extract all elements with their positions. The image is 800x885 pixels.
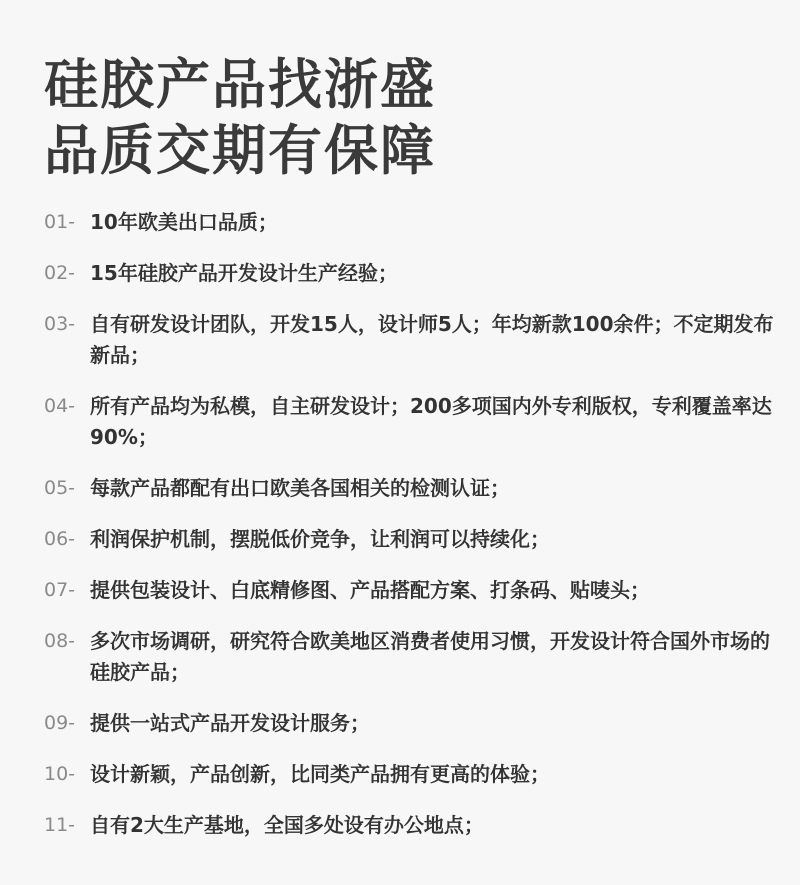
item-number: 08-	[44, 626, 90, 657]
item-text: 15年硅胶产品开发设计生产经验；	[90, 258, 784, 289]
item-number: 07-	[44, 575, 90, 606]
list-item: 05- 每款产品都配有出口欧美各国相关的检测认证；	[44, 473, 784, 504]
list-item: 08- 多次市场调研，研究符合欧美地区消费者使用习惯，开发设计符合国外市场的硅胶…	[44, 626, 784, 688]
item-text: 所有产品均为私模，自主研发设计；200多项国内外专利版权，专利覆盖率达90%；	[90, 391, 784, 453]
feature-list: 01- 10年欧美出口品质； 02- 15年硅胶产品开发设计生产经验； 03- …	[44, 207, 784, 861]
item-number: 10-	[44, 759, 90, 790]
list-item: 07- 提供包装设计、白底精修图、产品搭配方案、打条码、贴唛头；	[44, 575, 784, 606]
list-item: 11- 自有2大生产基地，全国多处设有办公地点；	[44, 810, 784, 841]
item-text: 10年欧美出口品质；	[90, 207, 784, 238]
item-number: 09-	[44, 708, 90, 739]
list-item: 04- 所有产品均为私模，自主研发设计；200多项国内外专利版权，专利覆盖率达9…	[44, 391, 784, 453]
item-number: 02-	[44, 258, 90, 289]
item-text: 自有2大生产基地，全国多处设有办公地点；	[90, 810, 784, 841]
page-title: 硅胶产品找浙盛 品质交期有保障	[44, 52, 436, 184]
item-text: 设计新颖，产品创新，比同类产品拥有更高的体验；	[90, 759, 784, 790]
list-item: 02- 15年硅胶产品开发设计生产经验；	[44, 258, 784, 289]
item-number: 05-	[44, 473, 90, 504]
item-text: 每款产品都配有出口欧美各国相关的检测认证；	[90, 473, 784, 504]
item-text: 利润保护机制，摆脱低价竞争，让利润可以持续化；	[90, 524, 784, 555]
list-item: 01- 10年欧美出口品质；	[44, 207, 784, 238]
item-number: 11-	[44, 810, 90, 841]
item-number: 06-	[44, 524, 90, 555]
list-item: 06- 利润保护机制，摆脱低价竞争，让利润可以持续化；	[44, 524, 784, 555]
title-line-2: 品质交期有保障	[44, 118, 436, 184]
list-item: 03- 自有研发设计团队，开发15人，设计师5人；年均新款100余件；不定期发布…	[44, 309, 784, 371]
list-item: 09- 提供一站式产品开发设计服务；	[44, 708, 784, 739]
list-item: 10- 设计新颖，产品创新，比同类产品拥有更高的体验；	[44, 759, 784, 790]
title-line-1: 硅胶产品找浙盛	[44, 52, 436, 118]
item-text: 提供一站式产品开发设计服务；	[90, 708, 784, 739]
item-text: 提供包装设计、白底精修图、产品搭配方案、打条码、贴唛头；	[90, 575, 784, 606]
item-number: 03-	[44, 309, 90, 340]
item-number: 01-	[44, 207, 90, 238]
item-text: 自有研发设计团队，开发15人，设计师5人；年均新款100余件；不定期发布新品；	[90, 309, 784, 371]
item-text: 多次市场调研，研究符合欧美地区消费者使用习惯，开发设计符合国外市场的硅胶产品；	[90, 626, 784, 688]
item-number: 04-	[44, 391, 90, 422]
